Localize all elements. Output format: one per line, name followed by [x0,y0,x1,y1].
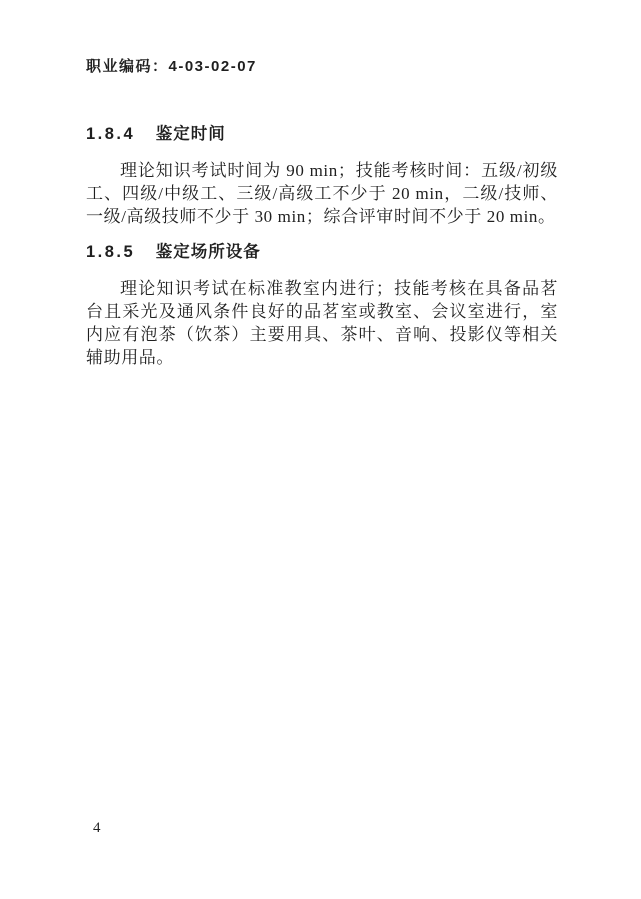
section-paragraph: 理论知识考试时间为 90 min；技能考核时间：五级/初级工、四级/中级工、三级… [86,159,558,228]
section-heading: 1.8.5 鉴定场所设备 [86,242,558,262]
document-page: 职业编码：4-03-02-07 1.8.4 鉴定时间 理论知识考试时间为 90 … [0,0,641,899]
section-identification-time: 1.8.4 鉴定时间 理论知识考试时间为 90 min；技能考核时间：五级/初级… [86,124,558,228]
heading-title: 鉴定场所设备 [156,243,261,261]
page-number: 4 [93,820,101,837]
heading-number: 1.8.5 [86,243,135,261]
heading-number: 1.8.4 [86,125,135,143]
section-identification-site-equipment: 1.8.5 鉴定场所设备 理论知识考试在标准教室内进行；技能考核在具备品茗台且采… [86,242,558,369]
page-content: 1.8.4 鉴定时间 理论知识考试时间为 90 min；技能考核时间：五级/初级… [86,124,558,383]
section-paragraph: 理论知识考试在标准教室内进行；技能考核在具备品茗台且采光及通风条件良好的品茗室或… [86,277,558,369]
occupation-code-header: 职业编码：4-03-02-07 [86,55,257,76]
heading-title: 鉴定时间 [156,125,226,143]
section-heading: 1.8.4 鉴定时间 [86,124,558,144]
